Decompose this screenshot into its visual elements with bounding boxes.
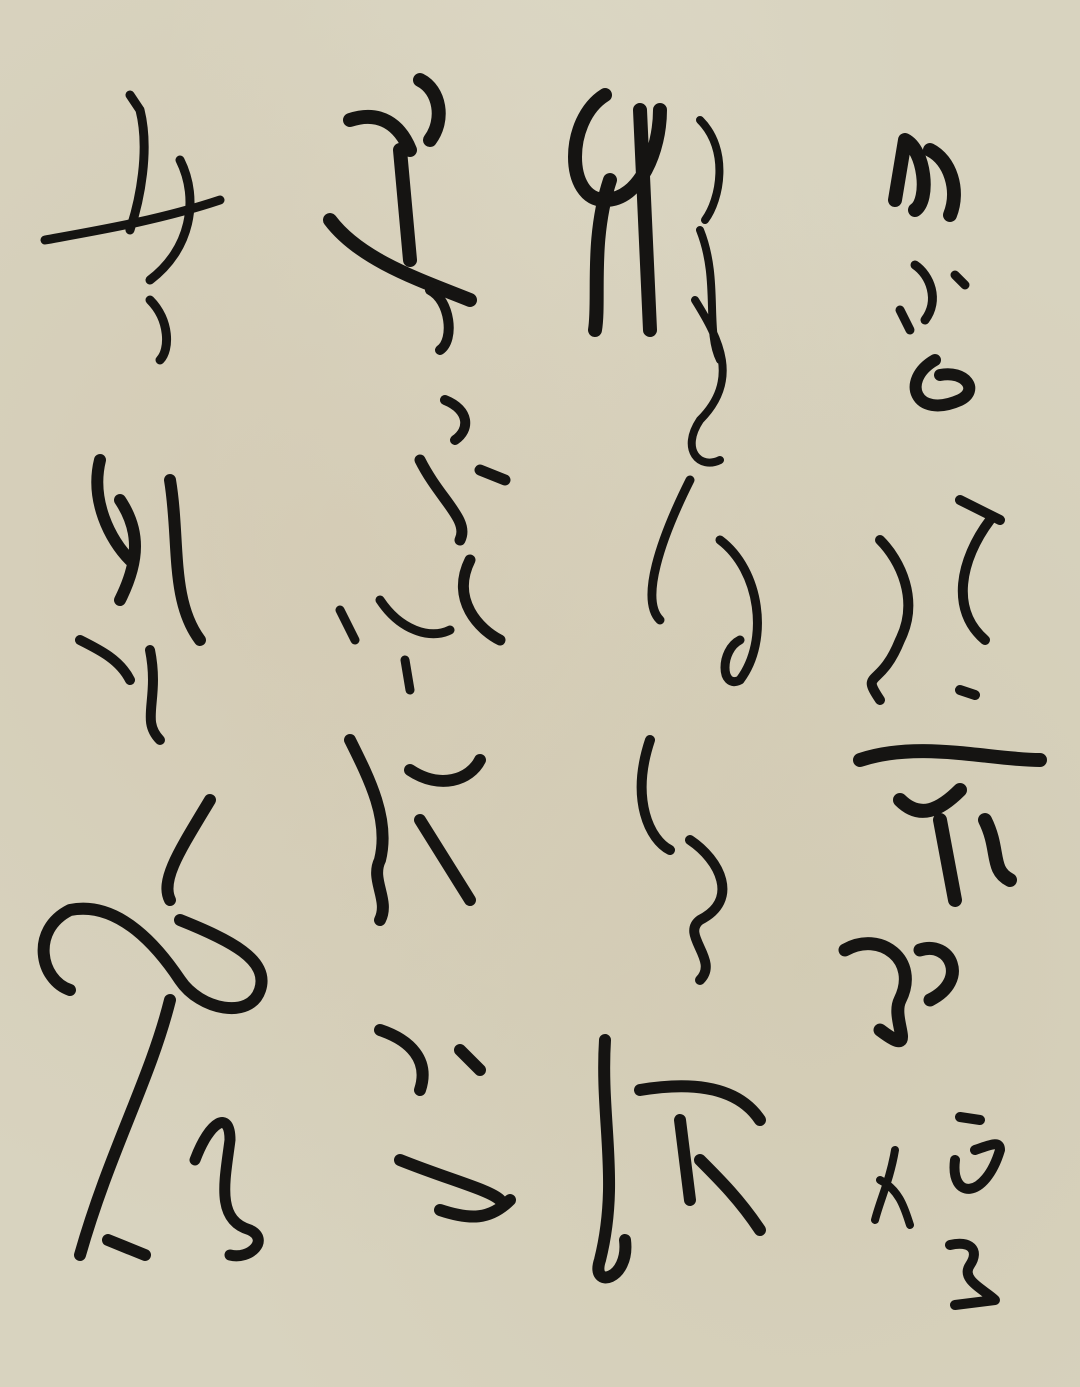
column-inscription xyxy=(875,1117,1000,1305)
ink-strokes xyxy=(0,0,1080,1387)
calligraphy-artwork: cursive calligraphy (caoshu) on paper xyxy=(0,0,1080,1387)
column-4 xyxy=(44,95,262,1256)
column-1 xyxy=(845,140,1040,1041)
column-2 xyxy=(575,95,760,1277)
column-3 xyxy=(330,80,510,1217)
